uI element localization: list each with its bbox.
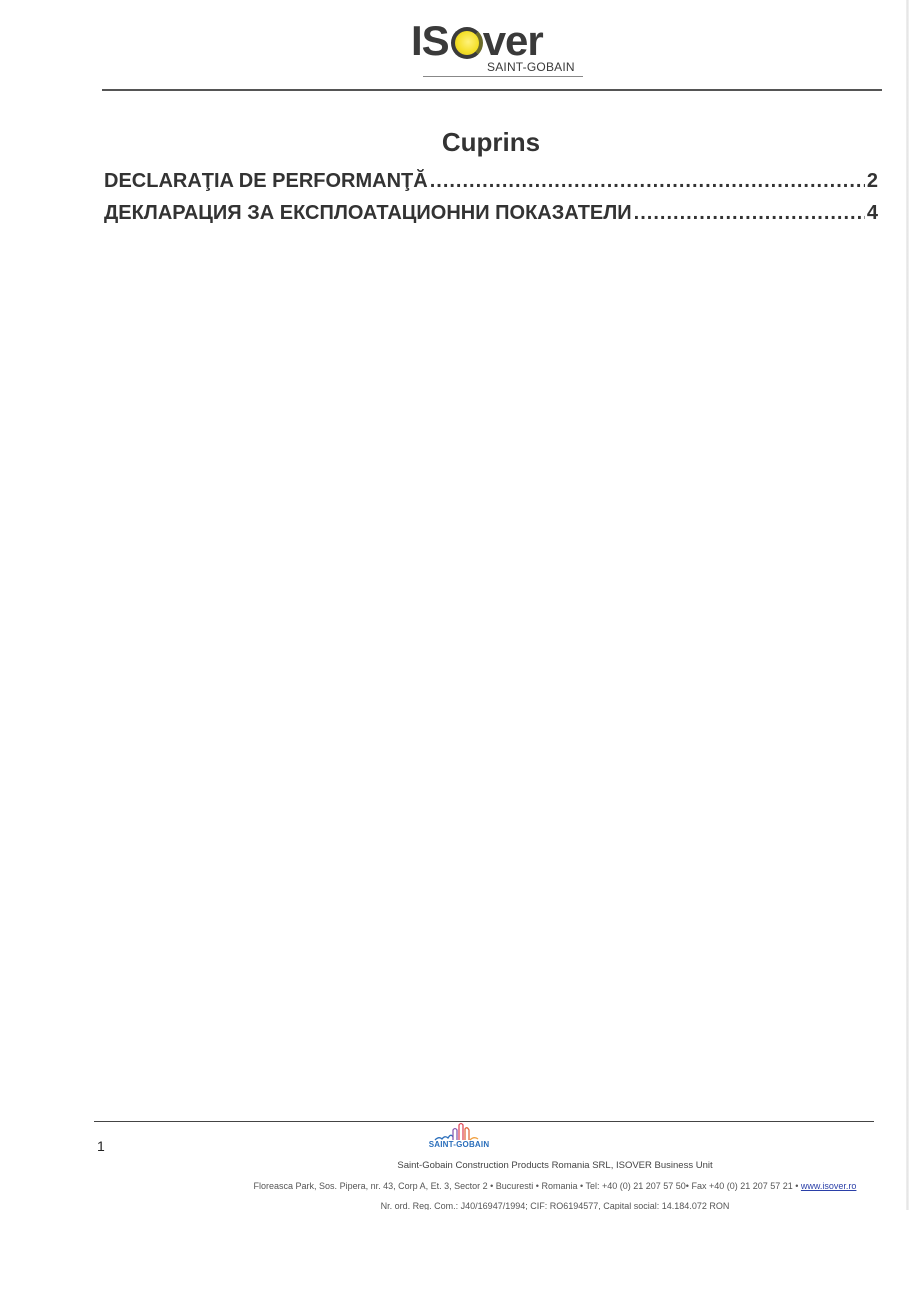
sun-icon — [451, 27, 483, 59]
scan-cutoff — [0, 1210, 920, 1300]
logo-prefix: IS — [411, 17, 449, 64]
city-skyline-icon — [433, 1122, 485, 1142]
saint-gobain-logo-text: SAINT-GOBAIN — [427, 1140, 491, 1149]
toc-entry-page: 4 — [865, 202, 878, 225]
page-number: 1 — [97, 1138, 105, 1154]
scanned-page-edge — [906, 0, 909, 1300]
footer-address: Floreasca Park, Sos. Pipera, nr. 43, Cor… — [0, 1181, 920, 1191]
toc-dot-leader — [634, 202, 865, 225]
toc-dot-leader — [430, 170, 865, 193]
isover-logo: ISver SAINT-GOBAIN — [411, 22, 581, 82]
logo-subtitle: SAINT-GOBAIN — [487, 60, 575, 74]
toc-entry-deklaratsiya[interactable]: ДЕКЛАРАЦИЯ ЗА ЕКСПЛОАТАЦИОННИ ПОКАЗАТЕЛИ… — [104, 202, 878, 234]
toc-entry-label: DECLARAŢIA DE PERFORMANŢĂ — [104, 170, 430, 193]
logo-suffix: ver — [483, 17, 543, 64]
website-link[interactable]: www.isover.ro — [801, 1181, 857, 1191]
footer-address-text: Floreasca Park, Sos. Pipera, nr. 43, Cor… — [254, 1181, 801, 1191]
saint-gobain-logo: SAINT-GOBAIN — [427, 1122, 491, 1152]
toc-entry-label: ДЕКЛАРАЦИЯ ЗА ЕКСПЛОАТАЦИОННИ ПОКАЗАТЕЛИ — [104, 202, 634, 225]
toc-entry-declaratia[interactable]: DECLARAŢIA DE PERFORMANŢĂ 2 — [104, 170, 878, 202]
toc-entry-page: 2 — [865, 170, 878, 193]
logo-underline — [423, 76, 583, 77]
table-of-contents: DECLARAŢIA DE PERFORMANŢĂ 2 ДЕКЛАРАЦИЯ З… — [104, 170, 878, 234]
footer-company: Saint-Gobain Construction Products Roman… — [0, 1160, 920, 1171]
toc-title: Cuprins — [0, 127, 920, 158]
header-rule — [102, 89, 882, 91]
